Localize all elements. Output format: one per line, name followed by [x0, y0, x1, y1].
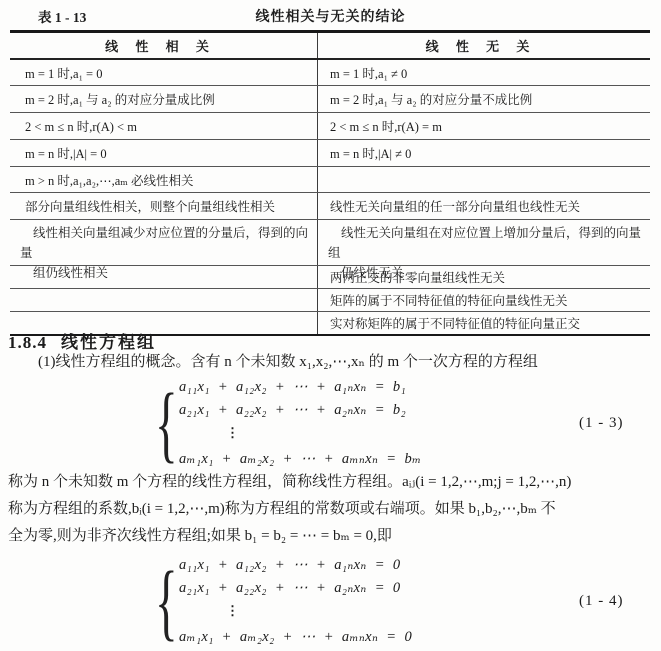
left-brace: { — [155, 551, 178, 651]
cell-line: 线性无关向量组在对应位置上增加分量后，得到的向量组 — [328, 223, 644, 263]
equation-line: a₁₁x₁ + a₁₂x₂ + ⋯ + a₁ₙxₙ = 0 — [179, 557, 635, 580]
cell-independent: m = n 时,|A| ≠ 0 — [318, 140, 650, 166]
cell-independent: m = 1 时,a₁ ≠ 0 — [318, 60, 650, 85]
equation-number: (1 - 4) — [579, 593, 624, 610]
header-linearly-dependent: 线 性 相 关 — [10, 33, 318, 58]
table-row: 两两正交的非零向量组线性无关 — [10, 266, 650, 289]
table-row: m = n 时,|A| = 0 m = n 时,|A| ≠ 0 — [10, 140, 650, 167]
cell-dependent: 2 < m ≤ n 时,r(A) < m — [10, 113, 318, 139]
linear-dependence-table: 线 性 相 关 线 性 无 关 m = 1 时,a₁ = 0 m = 1 时,a… — [10, 30, 650, 336]
cell-independent: 2 < m ≤ n 时,r(A) = m — [318, 113, 650, 139]
cell-dependent: m = 2 时,a₁ 与 a₂ 的对应分量成比例 — [10, 86, 318, 112]
paragraph-line: 全为零,则为非齐次线性方程组;如果 b₁ = b₂ = ⋯ = bₘ = 0,即 — [8, 523, 658, 550]
equation-number: (1 - 3) — [579, 415, 624, 432]
paragraph-line: 称为 n 个未知数 m 个方程的线性方程组，简称线性方程组。aᵢⱼ(i = 1,… — [8, 469, 658, 496]
table-row: m > n 时,a₁,a₂,⋯,aₘ 必线性相关 — [10, 167, 650, 193]
cell-independent: 实对称矩阵的属于不同特征值的特征向量正交 — [318, 312, 650, 334]
equation-line: a₂₁x₁ + a₂₂x₂ + ⋯ + a₂ₙxₙ = 0 — [179, 580, 635, 603]
equation-1-4: { a₁₁x₁ + a₁₂x₂ + ⋯ + a₁ₙxₙ = 0 a₂₁x₁ + … — [155, 556, 635, 651]
cell-independent: 两两正交的非零向量组线性无关 — [318, 266, 650, 288]
cell-independent — [318, 167, 650, 192]
intro-paragraph: (1)线性方程组的概念。含有 n 个未知数 x₁,x₂,⋯,xₙ 的 m 个一次… — [8, 351, 656, 373]
cell-independent: m = 2 时,a₁ 与 a₂ 的对应分量不成比例 — [318, 86, 650, 112]
section-heading: 1.8.4线性方程组 — [8, 328, 156, 353]
section-number: 1.8.4 — [8, 333, 47, 352]
cell-dependent — [10, 266, 318, 288]
paragraph-line: 称为方程组的系数,bᵢ(i = 1,2,⋯,m)称为方程组的常数项或右端项。如果… — [8, 496, 658, 523]
cell-dependent: m = 1 时,a₁ = 0 — [10, 60, 318, 85]
equation-1-3: { a₁₁x₁ + a₁₂x₂ + ⋯ + a₁ₙxₙ = b₁ a₂₁x₁ +… — [155, 378, 635, 474]
vertical-dots: ⋮ — [179, 425, 635, 451]
table-row: m = 1 时,a₁ = 0 m = 1 时,a₁ ≠ 0 — [10, 60, 650, 86]
table-row: 矩阵的属于不同特征值的特征向量线性无关 — [10, 289, 650, 312]
equation-lines: a₁₁x₁ + a₁₂x₂ + ⋯ + a₁ₙxₙ = b₁ a₂₁x₁ + a… — [179, 378, 635, 474]
cell-dependent: 部分向量组线性相关，则整个向量组线性相关 — [10, 193, 318, 219]
body-paragraph: 称为 n 个未知数 m 个方程的线性方程组，简称线性方程组。aᵢⱼ(i = 1,… — [8, 469, 658, 550]
section-title: 线性方程组 — [61, 333, 156, 352]
table-row: 线性相关向量组减少对应位置的分量后，得到的向量 组仍线性相关 线性无关向量组在对… — [10, 220, 650, 266]
scanned-textbook-page: { "caption": { "table_label": "表 1 - 13"… — [0, 0, 661, 651]
cell-dependent: m > n 时,a₁,a₂,⋯,aₘ 必线性相关 — [10, 167, 318, 192]
equation-line: a₁₁x₁ + a₁₂x₂ + ⋯ + a₁ₙxₙ = b₁ — [179, 379, 635, 402]
header-linearly-independent: 线 性 无 关 — [318, 33, 650, 58]
cell-line: 线性相关向量组减少对应位置的分量后，得到的向量 — [20, 223, 311, 263]
table-title: 线性相关与无关的结论 — [0, 6, 661, 26]
cell-dependent: m = n 时,|A| = 0 — [10, 140, 318, 166]
equation-line: a₂₁x₁ + a₂₂x₂ + ⋯ + a₂ₙxₙ = b₂ — [179, 402, 635, 425]
cell-dependent: 线性相关向量组减少对应位置的分量后，得到的向量 组仍线性相关 — [10, 220, 318, 265]
table-header-row: 线 性 相 关 线 性 无 关 — [10, 33, 650, 60]
cell-independent: 线性无关向量组的任一部分向量组也线性无关 — [318, 193, 650, 219]
equation-lines: a₁₁x₁ + a₁₂x₂ + ⋯ + a₁ₙxₙ = 0 a₂₁x₁ + a₂… — [179, 556, 635, 651]
table-row: 部分向量组线性相关，则整个向量组线性相关 线性无关向量组的任一部分向量组也线性无… — [10, 193, 650, 220]
vertical-dots: ⋮ — [179, 603, 635, 629]
cell-independent: 矩阵的属于不同特征值的特征向量线性无关 — [318, 289, 650, 311]
table-row: m = 2 时,a₁ 与 a₂ 的对应分量成比例 m = 2 时,a₁ 与 a₂… — [10, 86, 650, 113]
cell-independent: 线性无关向量组在对应位置上增加分量后，得到的向量组 仍线性无关 — [318, 220, 650, 265]
equation-line: aₘ₁x₁ + aₘ₂x₂ + ⋯ + aₘₙxₙ = 0 — [179, 629, 635, 651]
cell-dependent — [10, 289, 318, 311]
table-row: 2 < m ≤ n 时,r(A) < m 2 < m ≤ n 时,r(A) = … — [10, 113, 650, 140]
left-brace: { — [155, 373, 178, 473]
